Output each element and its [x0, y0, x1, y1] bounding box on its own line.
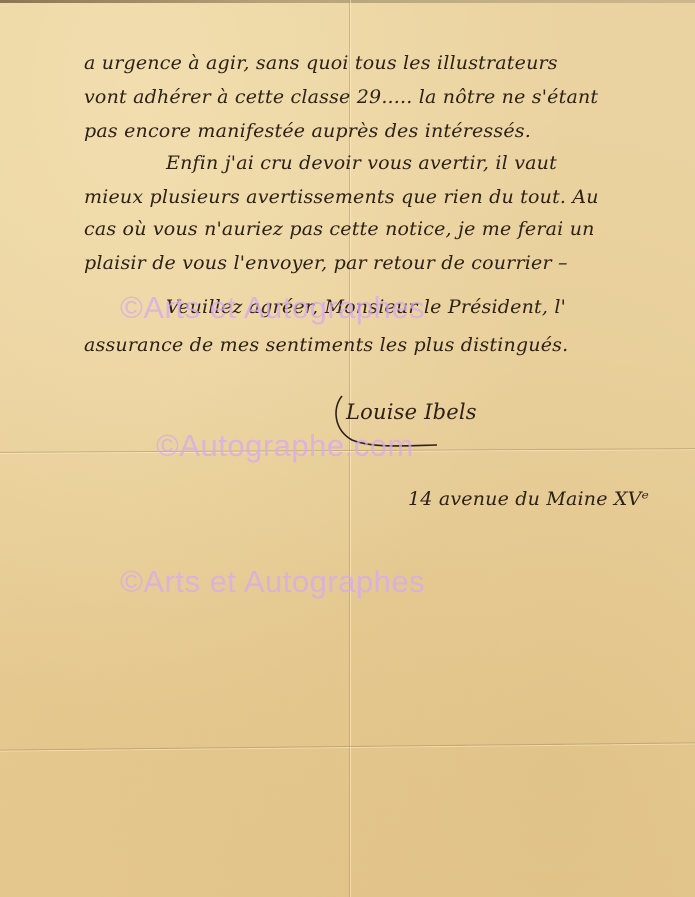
- letter-line: mieux plusieurs avertissements que rien …: [84, 186, 599, 208]
- letter-line: pas encore manifestée auprès des intéres…: [84, 120, 531, 142]
- paper-top-edge: [0, 0, 695, 3]
- horizontal-fold-line: [0, 742, 695, 750]
- watermark: ©Autographe.com: [156, 428, 414, 464]
- watermark: ©Arts et Autographes: [120, 564, 425, 600]
- letter-line: Enfin j'ai cru devoir vous avertir, il v…: [166, 152, 557, 174]
- letter-line: vont adhérer à cette classe 29..... la n…: [84, 86, 598, 108]
- watermark: ©Arts et Autographes: [120, 290, 425, 326]
- letter-page: a urgence à agir, sans quoi tous les ill…: [0, 0, 695, 897]
- letter-line: cas où vous n'auriez pas cette notice, j…: [84, 218, 595, 240]
- closing-line: assurance de mes sentiments les plus dis…: [84, 334, 568, 356]
- letter-line: plaisir de vous l'envoyer, par retour de…: [84, 252, 568, 274]
- sender-address: 14 avenue du Maine XVᵉ: [408, 488, 649, 510]
- signature: Louise Ibels: [346, 400, 477, 424]
- letter-line: a urgence à agir, sans quoi tous les ill…: [84, 52, 558, 74]
